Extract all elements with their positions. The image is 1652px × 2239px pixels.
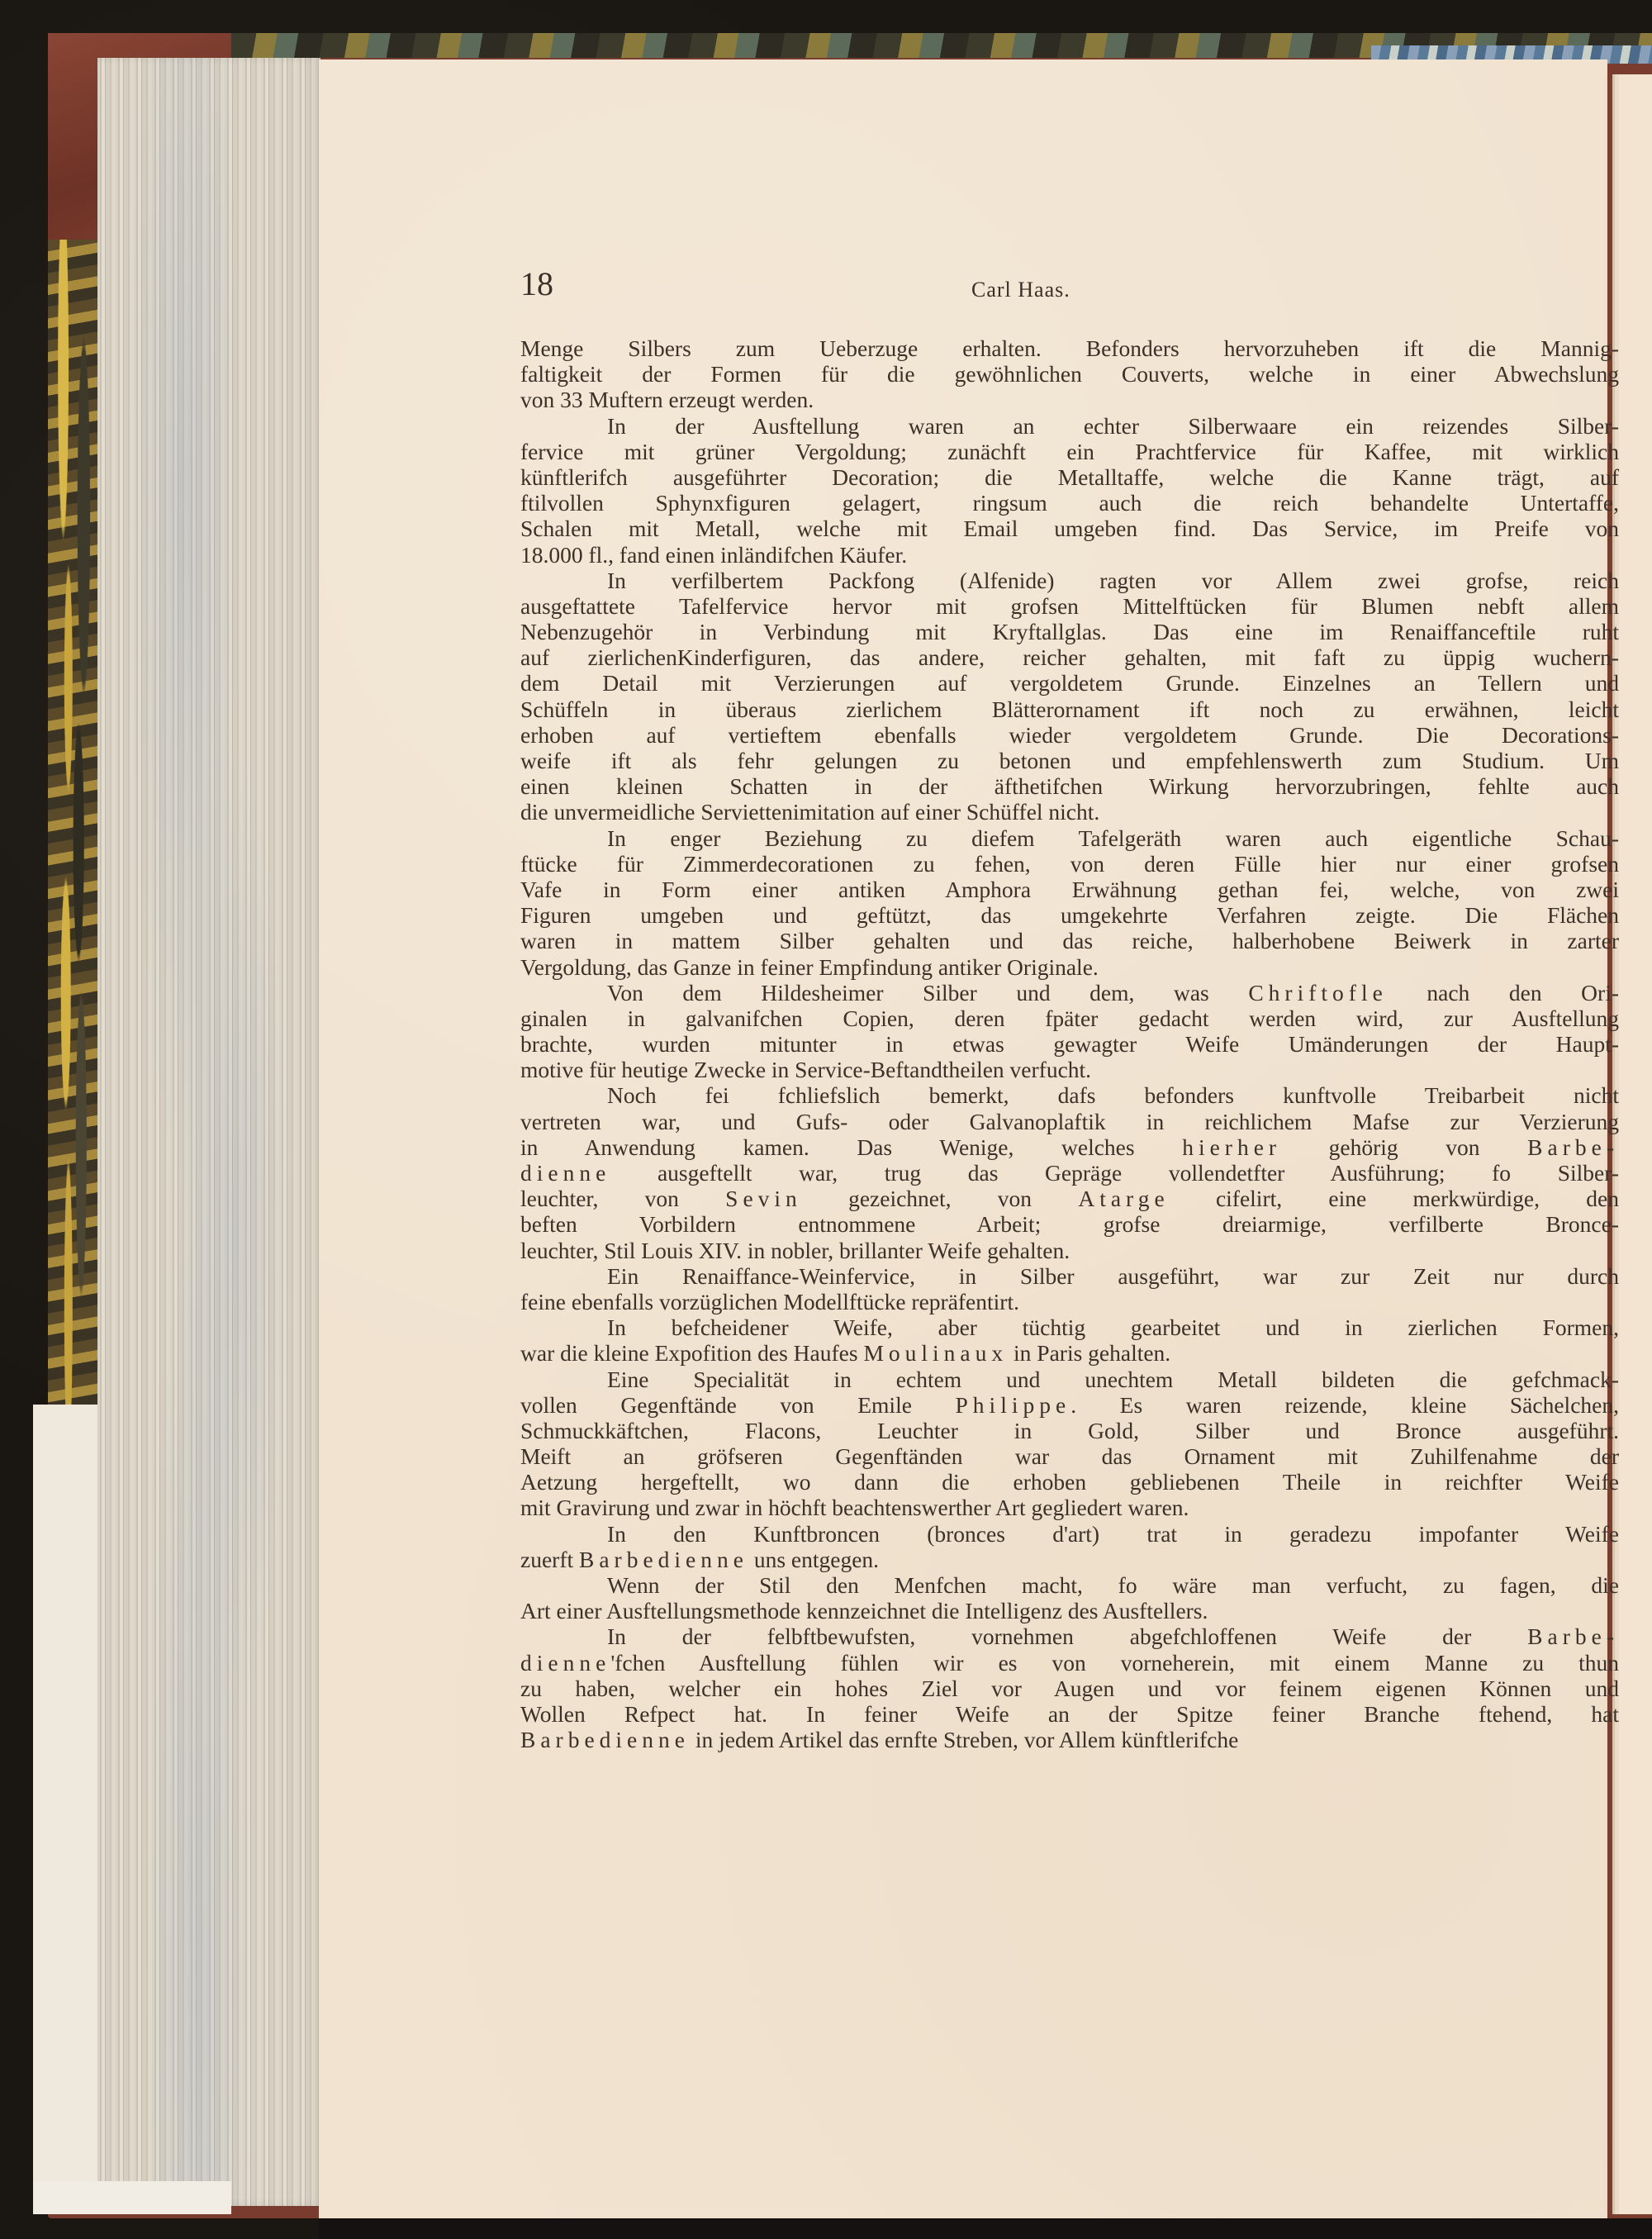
text-line: ftücke für Zimmerdecorationen zu fehen, … — [520, 851, 1619, 877]
text-line: waren in mattem Silber gehalten und das … — [520, 928, 1619, 953]
text-line: leuchter, Stil Louis XIV. in nobler, bri… — [520, 1238, 1619, 1263]
text-line: Wollen Refpect hat. In feiner Weife an d… — [520, 1701, 1619, 1727]
text-line: faltigkeit der Formen für die gewöhnlich… — [520, 361, 1619, 387]
paragraph: In der Ausftellung waren an echter Silbe… — [520, 413, 1619, 568]
text-line: Art einer Ausftellungsmethode kennzeichn… — [520, 1598, 1619, 1623]
text-line: beften Vorbildern entnommene Arbeit; gro… — [520, 1211, 1619, 1237]
page-number: 18 — [520, 266, 553, 302]
paragraph: In den Kunftbroncen (bronces d'art) trat… — [520, 1521, 1619, 1572]
emphasized-name: Philippe — [956, 1392, 1071, 1418]
emphasized-name: Atarge — [1078, 1186, 1169, 1211]
text-line: ausgeftattete Tafelfervice hervor mit gr… — [520, 593, 1619, 619]
text-line: war die kleine Expofition des Haufes Mou… — [520, 1340, 1619, 1366]
text-line: In verfilbertem Packfong (Alfenide) ragt… — [520, 568, 1619, 593]
emphasized-name: dienne — [520, 1650, 610, 1676]
text-line: künftlerifch ausgeführter Decoration; di… — [520, 464, 1619, 490]
emphasized-name: Barbedienne — [520, 1727, 690, 1752]
text-line: vollen Gegenftände von Emile Philippe. E… — [520, 1392, 1619, 1418]
text-line: von 33 Muftern erzeugt werden. — [520, 387, 1619, 412]
text-line: vertreten war, und Gufs- oder Galvanopla… — [520, 1109, 1619, 1134]
emphasized-name: Sevin — [725, 1186, 802, 1211]
text-line: Schmuckkäftchen, Flacons, Leuchter in Go… — [520, 1418, 1619, 1443]
paragraph: Von dem Hildesheimer Silber und dem, was… — [520, 980, 1619, 1083]
text-line: Figuren umgeben und geftützt, das umgeke… — [520, 902, 1619, 928]
text-line: auf zierlichenKinderfiguren, das andere,… — [520, 644, 1619, 670]
text-line: In den Kunftbroncen (bronces d'art) trat… — [520, 1521, 1619, 1547]
text-line: Meift an gröfseren Gegenftänden war das … — [520, 1443, 1619, 1469]
text-line: zu haben, welcher ein hohes Ziel vor Aug… — [520, 1676, 1619, 1701]
text-line: Eine Specialität in echtem und unechtem … — [520, 1367, 1619, 1392]
bottom-shadow — [319, 2218, 1652, 2239]
paragraph: Wenn der Stil den Menfchen macht, fo wär… — [520, 1572, 1619, 1623]
text-line: Schüffeln in überaus zierlichem Blättero… — [520, 696, 1619, 722]
text-line: leuchter, von Sevin gezeichnet, von Atar… — [520, 1186, 1619, 1211]
endpaper-edge — [33, 1405, 107, 2198]
text-line: in Anwendung kamen. Das Wenige, welches … — [520, 1134, 1619, 1160]
paragraph: Ein Renaiffance-Weinfervice, in Silber a… — [520, 1263, 1619, 1314]
body-text: Menge Silbers zum Ueberzuge erhalten. Be… — [520, 335, 1619, 1752]
emphasized-name: Moulinaux — [863, 1340, 1008, 1366]
text-line: Von dem Hildesheimer Silber und dem, was… — [520, 980, 1619, 1005]
text-line: ginalen in galvanifchen Copien, deren fp… — [520, 1005, 1619, 1031]
emphasized-name: Barbe- — [1527, 1623, 1619, 1649]
paragraph: In der felbftbewufsten, vornehmen abgefc… — [520, 1623, 1619, 1752]
paragraph: Menge Silbers zum Ueberzuge erhalten. Be… — [520, 335, 1619, 413]
paragraph: Noch fei fchliefslich bemerkt, dafs befo… — [520, 1082, 1619, 1262]
text-line: erhoben auf vertieftem ebenfalls wieder … — [520, 722, 1619, 748]
text-line: Aetzung hergeftellt, wo dann die erhoben… — [520, 1469, 1619, 1495]
paragraph: In befcheidener Weife, aber tüchtig gear… — [520, 1314, 1619, 1366]
emphasized-name: hierher — [1182, 1134, 1281, 1160]
text-line: Menge Silbers zum Ueberzuge erhalten. Be… — [520, 335, 1619, 361]
paragraph: In enger Beziehung zu diefem Tafelgeräth… — [520, 825, 1619, 980]
emphasized-name: Barbe- — [1527, 1134, 1619, 1160]
text-line: motive für heutige Zwecke in Service-Bef… — [520, 1057, 1619, 1082]
text-line: Barbedienne in jedem Artikel das ernfte … — [520, 1727, 1619, 1752]
running-head: Carl Haas. — [971, 278, 1070, 302]
text-line: In enger Beziehung zu diefem Tafelgeräth… — [520, 825, 1619, 851]
text-line: zuerft Barbedienne uns entgegen. — [520, 1547, 1619, 1572]
text-line: Noch fei fchliefslich bemerkt, dafs befo… — [520, 1082, 1619, 1108]
emphasized-name: Barbedienne — [579, 1547, 748, 1572]
text-line: brachte, wurden mitunter in etwas gewagt… — [520, 1031, 1619, 1057]
page-stack-fore-edge — [97, 58, 320, 2206]
text-line: mit Gravirung und zwar in höchft beachte… — [520, 1495, 1619, 1520]
text-line: Ein Renaiffance-Weinfervice, in Silber a… — [520, 1263, 1619, 1289]
text-line: Vergoldung, das Ganze in feiner Empfindu… — [520, 954, 1619, 980]
text-line: fervice mit grüner Vergoldung; zunächft … — [520, 439, 1619, 464]
marbled-board-left — [48, 240, 99, 1495]
text-line: Schalen mit Metall, welche mit Email umg… — [520, 516, 1619, 541]
emphasized-name: dienne — [520, 1160, 610, 1186]
emphasized-name: Chriftofle — [1248, 980, 1387, 1005]
text-line: einen kleinen Schatten in der äfthetifch… — [520, 773, 1619, 799]
text-line: In der felbftbewufsten, vornehmen abgefc… — [520, 1623, 1619, 1649]
text-line: Nebenzugehör in Verbindung mit Kryftallg… — [520, 619, 1619, 644]
paragraph: Eine Specialität in echtem und unechtem … — [520, 1367, 1619, 1521]
text-line: dienne'fchen Ausftellung fühlen wir es v… — [520, 1650, 1619, 1676]
text-line: Vafe in Form einer antiken Amphora Erwäh… — [520, 877, 1619, 902]
text-line: 18.000 fl., fand einen inländifchen Käuf… — [520, 542, 1619, 568]
text-line: In befcheidener Weife, aber tüchtig gear… — [520, 1314, 1619, 1340]
text-line: dienne ausgeftellt war, trug das Gepräge… — [520, 1160, 1619, 1186]
text-line: Wenn der Stil den Menfchen macht, fo wär… — [520, 1572, 1619, 1598]
text-line: ftilvollen Sphynxfiguren gelagert, rings… — [520, 490, 1619, 516]
endpaper-flap — [33, 2181, 231, 2214]
text-line: weife ift als fehr gelungen zu betonen u… — [520, 748, 1619, 773]
paragraph: In verfilbertem Packfong (Alfenide) ragt… — [520, 568, 1619, 825]
text-line: In der Ausftellung waren an echter Silbe… — [520, 413, 1619, 439]
text-line: feine ebenfalls vorzüglichen Modellftück… — [520, 1289, 1619, 1314]
page-header: 18 Carl Haas. — [0, 266, 1652, 307]
text-line: dem Detail mit Verzierungen auf vergolde… — [520, 670, 1619, 696]
text-line: die unvermeidliche Serviettenimitation a… — [520, 799, 1619, 825]
